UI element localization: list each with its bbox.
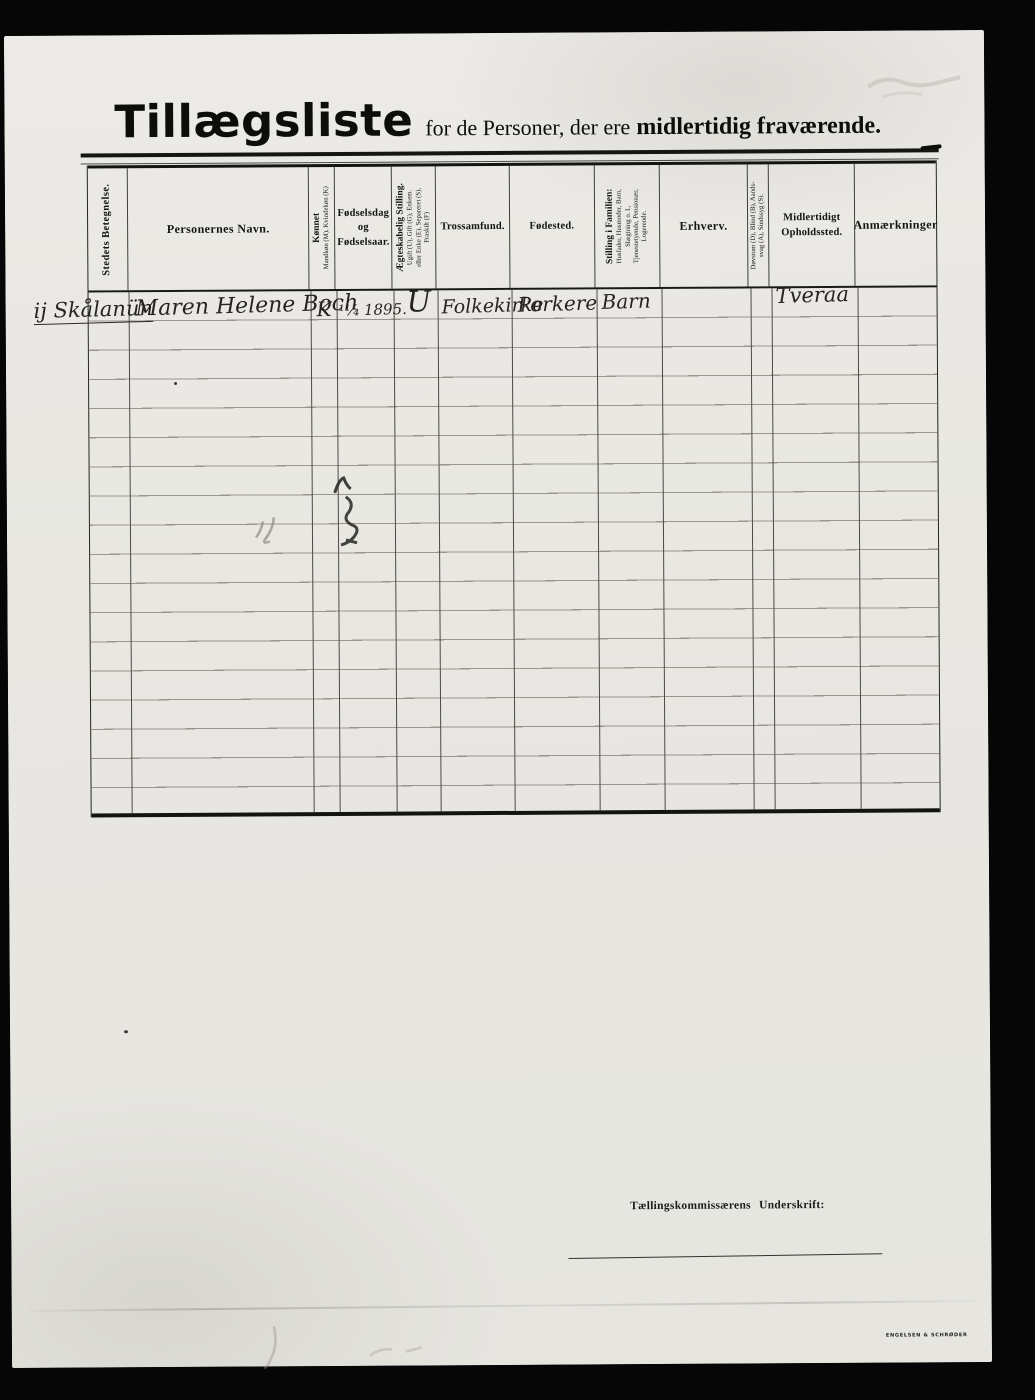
header-label: Midlertidigt <box>781 211 842 224</box>
scanned-page: Tillægslistefor de Personer, der eremidl… <box>4 30 992 1368</box>
rotated-label: Døvstum (D), Blind (B), Aands- svag (A),… <box>750 181 767 269</box>
header-label: Ægteskabelig Stilling. <box>396 183 408 272</box>
header-label-group: Trossamfund. <box>441 220 505 234</box>
header-label-group: Erhverv. <box>679 218 727 233</box>
header-label-group: Fødselsdag og Fødselsaar. <box>337 207 390 249</box>
table-header-row: Stedets Betegnelse. Personernes Navn. Kø… <box>88 160 937 292</box>
header-sublabel: Husfader, Husmoder, Barn, <box>616 189 625 263</box>
header-label-group: Personernes Navn. <box>167 221 270 237</box>
column-line <box>771 288 775 809</box>
signature-label: Tællingskommissærens Underskrift: <box>630 1199 825 1212</box>
header-label: Erhverv. <box>679 218 727 233</box>
header-label: Stedets Betegnelse. <box>101 183 114 275</box>
column-header-erhverv: Erhverv. <box>659 164 748 287</box>
faint-pencil-marks <box>260 1317 450 1378</box>
ink-dot-artifact <box>174 382 177 385</box>
column-header-stilling-i-familien: Stilling i Familien: Husfader, Husmoder,… <box>594 165 660 287</box>
header-label: Trossamfund. <box>441 220 505 234</box>
header-label: Anmærkninger <box>854 217 938 233</box>
signature-line <box>568 1253 882 1259</box>
title-regular: for de Personer, der ere <box>425 114 630 140</box>
header-sublabel: Tjenestetyende, Pensionær, <box>632 189 641 263</box>
rotated-label: Kønnet Mandkøn (M), Kvindekøn (K) <box>312 186 332 269</box>
entry-marital-status: U <box>406 284 431 319</box>
table-body <box>89 287 940 817</box>
column-line <box>438 290 442 811</box>
entry-family-position: Barn <box>601 289 651 314</box>
rotated-label: Ægteskabelig Stilling. Ugift (U), Gift (… <box>396 183 432 272</box>
entry-birthdate: ¹¹⁄₄ 1895. <box>338 300 407 320</box>
faint-ghost-marks <box>862 52 972 103</box>
scanned-census-form: { "census": { "title": { "main": "Tillæg… <box>0 0 1035 1400</box>
header-label: Fødselsaar. <box>337 235 389 248</box>
ink-dot-artifact <box>124 1030 128 1033</box>
column-header-stedets-betegnelse: Stedets Betegnelse. <box>88 168 129 290</box>
entry-birthplace: Porkere <box>517 291 597 317</box>
printer-mark: ENGELSEN & SCHRØDER <box>886 1332 968 1338</box>
rotated-label: Stilling i Familien: Husfader, Husmoder,… <box>604 188 648 264</box>
column-header-foedselsdag: Fødselsdag og Fødselsaar. <box>335 167 393 289</box>
header-label-group: Fødested. <box>529 220 574 233</box>
column-line <box>857 288 861 809</box>
column-header-trossamfund: Trossamfund. <box>436 166 510 288</box>
header-sublabel: Mandkøn (M), Kvindekøn (K) <box>323 186 332 269</box>
column-header-doevstum: Døvstum (D), Blind (B), Aands- svag (A),… <box>748 164 770 286</box>
column-line <box>394 291 398 812</box>
title-emphasis: midlertidig fraværende. <box>636 113 881 140</box>
column-line <box>512 290 516 811</box>
header-label: Personernes Navn. <box>167 221 270 237</box>
header-sublabel: svag (A), Sindssyg (S). <box>758 194 767 257</box>
column-header-midlertidigt-opholdssted: Midlertidigt Opholdssted. <box>769 164 855 287</box>
header-label-group: Midlertidigt Opholdssted. <box>781 211 842 239</box>
column-header-anmaerkninger: Anmærkninger <box>855 163 937 285</box>
header-label: Opholdssted. <box>781 225 842 238</box>
header-label: Stilling i Familien: <box>604 189 616 265</box>
rotated-label: Stedets Betegnelse. <box>101 183 114 275</box>
column-line <box>661 289 665 810</box>
column-line <box>596 289 600 810</box>
header-sublabel: Slægtning o. l., <box>624 205 632 246</box>
header-label: Kønnet <box>312 213 324 243</box>
title-main: Tillægsliste <box>114 94 413 149</box>
header-label: og <box>337 221 389 234</box>
column-header-personernes-navn: Personernes Navn. <box>128 167 310 290</box>
header-label: Fødested. <box>529 220 574 233</box>
entry-sex: K <box>316 297 332 321</box>
column-line <box>750 288 754 809</box>
page-title: Tillægslistefor de Personer, der eremidl… <box>114 91 881 149</box>
header-label-group: Anmærkninger <box>854 217 938 233</box>
column-header-foedested: Fødested. <box>510 165 595 288</box>
header-label: Fødselsdag <box>337 207 389 220</box>
header-sublabel: Logerende. <box>640 211 648 242</box>
column-line <box>129 292 133 813</box>
entry-temporary-residence: Tveraa <box>775 282 849 308</box>
header-sublabel: Fraskilt (F) <box>423 212 431 243</box>
pencil-scribble <box>247 469 373 555</box>
paper-crease <box>30 1300 974 1312</box>
column-header-koennet: Kønnet Mandkøn (M), Kvindekøn (K) <box>309 167 336 289</box>
census-table: Stedets Betegnelse. Personernes Navn. Kø… <box>87 160 941 817</box>
column-header-aegteskabelig-stilling: Ægteskabelig Stilling. Ugift (U), Gift (… <box>392 166 437 288</box>
